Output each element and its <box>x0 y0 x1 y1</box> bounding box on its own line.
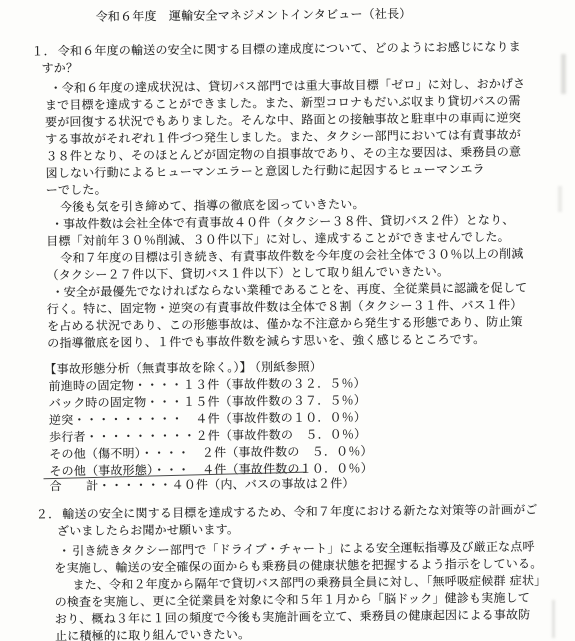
text-line-content: 事故件数は会社全体で有責事故４０件（タクシー３８件、貸切バス２件）となり、 <box>63 213 515 231</box>
row-note: （事故件数の１０．０％） <box>226 461 373 476</box>
row-note: （事故件数の ５．０％） <box>220 427 367 442</box>
accident-type-analysis: 【事故形態分析（無責事故を除く。）】（別紙参照） 前進時の固定物・・・・１３件（… <box>0 356 575 496</box>
row-count: １３件 <box>183 378 220 392</box>
row-label: バック時の固定物 <box>49 395 147 410</box>
row-dots: ・・・・ <box>141 446 190 460</box>
bullet-item-2: ・事故件数は会社全体で有責事故４０件（タクシー３８件、貸切バス２件）となり、 目… <box>0 211 575 285</box>
row-dots: ・・・ <box>146 395 183 409</box>
row-note: （事故件数の３７．５％） <box>220 393 367 408</box>
question-1-heading: １．令和６年度の輸送の安全に関する目標の達成度について、どのようにお感じになりま… <box>0 38 573 78</box>
row-label: 歩行者 <box>49 430 86 444</box>
total-note: （内、バスの事故は２件） <box>208 476 355 491</box>
total-count: ４０件 <box>172 478 209 492</box>
total-dots: ・・・・・・ <box>98 478 171 493</box>
row-count: ２件 <box>195 429 220 443</box>
analysis-heading-note: （別紙参照） <box>255 360 322 375</box>
scan-artifact <box>552 600 555 638</box>
bullet-item-3: ・安全が最優先でなければならない業種であることを、再度、全従業員に認識を促して … <box>0 279 575 353</box>
row-note: （事故件数の ５．０％） <box>226 444 373 459</box>
scanned-document-page: 令和６年度 運輸安全マネジメントインタビュー（社長） １．令和６年度の輸送の安全… <box>0 0 575 641</box>
row-count: １５件 <box>183 395 220 409</box>
document-title: 令和６年度 運輸安全マネジメントインタビュー（社長） <box>0 4 572 27</box>
answer-1-bullets: ・令和６年度の達成状況は、貸切バス部門では重大事故目標「ゼロ」に対し、おかげさ … <box>0 75 575 353</box>
question-1-section: １．令和６年度の輸送の安全に関する目標の達成度について、どのようにお感じになりま… <box>0 38 575 353</box>
row-label: 前進時の固定物 <box>49 378 135 393</box>
answer-2-bullets: ・引き続きタクシー部門で「ドライブ・チャート」による安全運転指導及び厳正な点呼 … <box>2 538 575 641</box>
question-2-number: ２． <box>36 507 61 521</box>
row-dots: ・・・・・・・・・ <box>73 412 183 427</box>
question-1-number: １． <box>31 44 56 58</box>
analysis-heading-text: 【事故形態分析（無責事故を除く。）】 <box>44 360 251 376</box>
row-note: （事故件数の３２．５％） <box>219 376 366 391</box>
bullet-item-1: ・令和６年度の達成状況は、貸切バス部門では重大事故目標「ゼロ」に対し、おかげさ … <box>0 75 574 217</box>
bullet-item-1: ・引き続きタクシー部門で「ドライブ・チャート」による安全運転指導及び厳正な点呼 … <box>2 538 575 641</box>
row-dots: ・・・・・・・・・ <box>86 429 196 444</box>
row-count: ４件 <box>183 412 220 426</box>
scan-artifact <box>558 186 562 212</box>
question-2-section: ２．輸送の安全に関する目標を達成するため、令和７年度における新たな対策等の計画が… <box>2 501 575 641</box>
bullet-marker: ・ <box>58 543 70 560</box>
total-label: 合 計 <box>50 479 99 493</box>
scan-artifact <box>561 54 566 94</box>
row-dots: ・・・・ <box>134 378 183 392</box>
document-content: 令和６年度 運輸安全マネジメントインタビュー（社長） １．令和６年度の輸送の安全… <box>0 0 575 641</box>
row-label: 逆突 <box>49 413 74 427</box>
bullet-marker: ・ <box>50 80 62 97</box>
bullet-marker: ・ <box>51 216 63 233</box>
bullet-marker: ・ <box>52 284 64 301</box>
question-2-heading: ２．輸送の安全に関する目標を達成するため、令和７年度における新たな対策等の計画が… <box>2 501 575 541</box>
row-note: （事故件数の１０．０％） <box>220 410 367 425</box>
question-2-text: 輸送の安全に関する目標を達成するため、令和７年度における新たな対策等の計画がご <box>62 503 537 522</box>
row-count: ２件 <box>190 446 227 460</box>
row-label: その他（傷不明） <box>49 446 141 461</box>
question-1-text: 令和６年度の輸送の安全に関する目標の達成度について、どのようにお感じになりま <box>58 40 521 58</box>
